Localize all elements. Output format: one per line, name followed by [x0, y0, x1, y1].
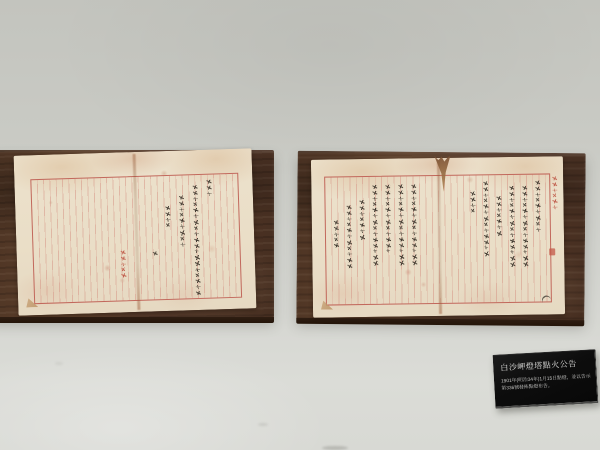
margin-note [552, 176, 559, 216]
calligraphy-columns [150, 180, 215, 294]
calligraphy-columns-left-page [333, 184, 419, 303]
wall-smudge [55, 362, 63, 365]
calligraphy-columns-right-page [470, 181, 543, 300]
plaque-title: 白沙岬燈塔點火公告 [500, 357, 595, 373]
museum-wall-photo: { "scene": { "description": "Museum wall… [0, 0, 600, 450]
red-seal [549, 248, 555, 255]
left-document [14, 148, 257, 315]
plaque-caption: 1901年(明治34年)1月15日點燈，並以告示 第336號發佈點燈布告。 [501, 373, 600, 393]
wall-smudge [322, 446, 348, 450]
right-document [311, 156, 565, 318]
wall-smudge [258, 423, 268, 426]
caption-plaque: 白沙岬燈塔點火公告 1901年(明治34年)1月15日點燈，並以告示 第336號… [493, 349, 599, 409]
